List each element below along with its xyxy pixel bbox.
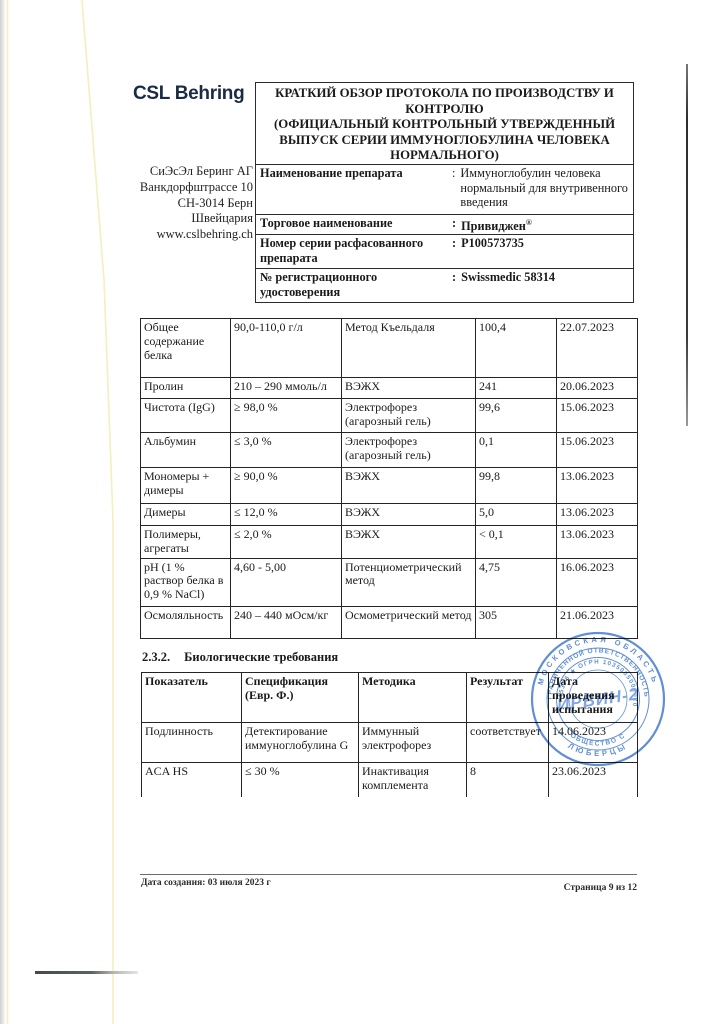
table-cell: 15.06.2023 [557, 433, 638, 468]
section-title: Биологические требования [184, 650, 338, 664]
table-row: Димеры ≤ 12,0 % ВЭЖХ 5,0 13.06.2023 [141, 504, 638, 526]
column-header: Методика [359, 673, 467, 723]
table-cell: ≥ 98,0 % [231, 399, 342, 433]
table-cell: Подлинность [142, 723, 242, 763]
table-row: Полимеры, агрегаты ≤ 2,0 % ВЭЖХ < 0,1 13… [141, 526, 638, 559]
title-line: КРАТКИЙ ОБЗОР ПРОТОКОЛА ПО ПРОИЗВОДСТВУ … [256, 86, 633, 102]
field-value: Иммуноглобулин человека нормальный для в… [460, 166, 632, 214]
title-line: НОРМАЛЬНОГО) [256, 148, 633, 164]
company-stamp: МОСКОВСКАЯ ОБЛАСТЬ ЛЮБЕРЦЫ ОГРАНИЧЕННОЙ … [527, 629, 669, 769]
table-cell: ВЭЖХ [342, 526, 476, 559]
field-registration-number: № регистрационного удостоверения : Swiss… [256, 269, 633, 302]
table-cell: Общее содержание белка [141, 319, 231, 378]
table-cell: ≥ 90,0 % [231, 468, 342, 504]
colon: : [452, 166, 455, 214]
table-cell: ≤ 3,0 % [231, 433, 342, 468]
stamp-center-logo: ИРВИН-2 [556, 684, 640, 714]
table-cell: 241 [476, 378, 557, 399]
scan-dark-vertical-line [686, 64, 688, 426]
table-cell: 15.06.2023 [557, 399, 638, 433]
title-line: (ОФИЦИАЛЬНЫЙ КОНТРОЛЬНЫЙ УТВЕРЖДЕННЫЙ [256, 117, 633, 133]
table-cell: ACA HS [142, 763, 242, 797]
table-cell: Пролин [141, 378, 231, 399]
table-row: pH (1 % раствор белка в 0,9 % NaCl) 4,60… [141, 558, 638, 606]
table-row: Чистота (IgG) ≥ 98,0 % Электрофорез (ага… [141, 399, 638, 433]
table-cell: Электрофорез (агарозный гель) [342, 399, 476, 433]
table-cell: Потенциометрический метод [342, 558, 476, 606]
table-cell: 100,4 [476, 319, 557, 378]
colon: : [452, 216, 456, 234]
field-label: Наименование препарата [260, 166, 452, 214]
table-cell: Осмоляльность [141, 606, 231, 638]
title-line: ВЫПУСК СЕРИИ ИММУНОГЛОБУЛИНА ЧЕЛОВЕКА [256, 133, 633, 149]
field-value: Привиджен® [461, 216, 532, 234]
table-cell: Электрофорез (агарозный гель) [342, 433, 476, 468]
chemical-spec-table: Общее содержание белка 90,0-110,0 г/л Ме… [140, 318, 638, 639]
table-cell: 99,6 [476, 399, 557, 433]
table-cell: 13.06.2023 [557, 526, 638, 559]
field-label: Торговое наименование [260, 216, 452, 234]
scanned-document-page: CSL Behring СиЭсЭл Беринг АГ Ванкдорфштр… [0, 0, 724, 1024]
field-value: Swissmedic 58314 [461, 270, 555, 302]
table-cell: Полимеры, агрегаты [141, 526, 231, 559]
colon: : [452, 270, 456, 302]
field-trade-name: Торговое наименование : Привиджен® [256, 215, 633, 235]
table-cell: 90,0-110,0 г/л [231, 319, 342, 378]
table-cell: Иммунный электрофорез [359, 723, 467, 763]
registered-mark: ® [526, 218, 532, 227]
column-header: Спецификация (Евр. Ф.) [242, 673, 359, 723]
table-cell: ≤ 12,0 % [231, 504, 342, 526]
table-cell: 4,75 [476, 558, 557, 606]
table-cell: 240 – 440 мОсм/кг [231, 606, 342, 638]
table-cell: 5,0 [476, 504, 557, 526]
table-cell: Димеры [141, 504, 231, 526]
company-website: www.cslbehring.ch [60, 227, 253, 243]
section-number: 2.3.2. [142, 650, 170, 664]
table-cell: 13.06.2023 [557, 468, 638, 504]
field-batch-number: Номер серии расфасованного препарата : P… [256, 235, 633, 269]
scan-dark-horizontal-mark [35, 971, 138, 974]
company-address: СиЭсЭл Беринг АГ Ванкдорфштрассе 10 CH-3… [60, 164, 253, 243]
field-label: № регистрационного удостоверения [260, 270, 452, 302]
table-cell: Мономеры + димеры [141, 468, 231, 504]
table-row: Мономеры + димеры ≥ 90,0 % ВЭЖХ 99,8 13.… [141, 468, 638, 504]
table-cell: 22.07.2023 [557, 319, 638, 378]
field-product-name: Наименование препарата : Иммуноглобулин … [256, 165, 633, 215]
section-heading: 2.3.2.Биологические требования [142, 650, 338, 665]
table-cell: < 0,1 [476, 526, 557, 559]
table-cell: ВЭЖХ [342, 504, 476, 526]
address-line: CH-3014 Берн [60, 196, 253, 212]
table-cell: Детектирование иммуноглобулина G [242, 723, 359, 763]
field-label: Номер серии расфасованного препарата [260, 236, 452, 268]
csl-behring-logo: CSL Behring [133, 83, 244, 105]
field-value: P100573735 [461, 236, 524, 268]
table-cell: 20.06.2023 [557, 378, 638, 399]
table-row: Альбумин ≤ 3,0 % Электрофорез (агарозный… [141, 433, 638, 468]
colon: : [452, 236, 456, 268]
table-cell: pH (1 % раствор белка в 0,9 % NaCl) [141, 558, 231, 606]
table-row: Общее содержание белка 90,0-110,0 г/л Ме… [141, 319, 638, 378]
table-cell: 99,8 [476, 468, 557, 504]
title-line: КОНТРОЛЮ [256, 102, 633, 118]
table-cell: Осмометрический метод [342, 606, 476, 638]
footer-creation-date: Дата создания: 03 июля 2023 г [141, 878, 271, 888]
footer-page-number: Страница 9 из 12 [537, 883, 637, 893]
footer-rule [140, 874, 637, 875]
table-cell: Инактивация комплемента [359, 763, 467, 797]
table-cell: Альбумин [141, 433, 231, 468]
address-line: Ванкдорфштрассе 10 [60, 180, 253, 196]
table-cell: 13.06.2023 [557, 504, 638, 526]
table-cell: 0,1 [476, 433, 557, 468]
table-cell: Метод Къельдаля [342, 319, 476, 378]
document-title: КРАТКИЙ ОБЗОР ПРОТОКОЛА ПО ПРОИЗВОДСТВУ … [256, 83, 633, 165]
table-cell: ≤ 2,0 % [231, 526, 342, 559]
table-cell: ВЭЖХ [342, 378, 476, 399]
table-cell: 4,60 - 5,00 [231, 558, 342, 606]
address-line: СиЭсЭл Беринг АГ [60, 164, 253, 180]
column-header: Показатель [142, 673, 242, 723]
scan-edge-strip [0, 0, 6, 1024]
table-cell: 210 – 290 ммоль/л [231, 378, 342, 399]
table-cell: ≤ 30 % [242, 763, 359, 797]
table-cell: ВЭЖХ [342, 468, 476, 504]
address-line: Швейцария [60, 211, 253, 227]
table-cell: Чистота (IgG) [141, 399, 231, 433]
table-cell: 16.06.2023 [557, 558, 638, 606]
protocol-header-box: КРАТКИЙ ОБЗОР ПРОТОКОЛА ПО ПРОИЗВОДСТВУ … [255, 82, 634, 303]
table-row: Пролин 210 – 290 ммоль/л ВЭЖХ 241 20.06.… [141, 378, 638, 399]
